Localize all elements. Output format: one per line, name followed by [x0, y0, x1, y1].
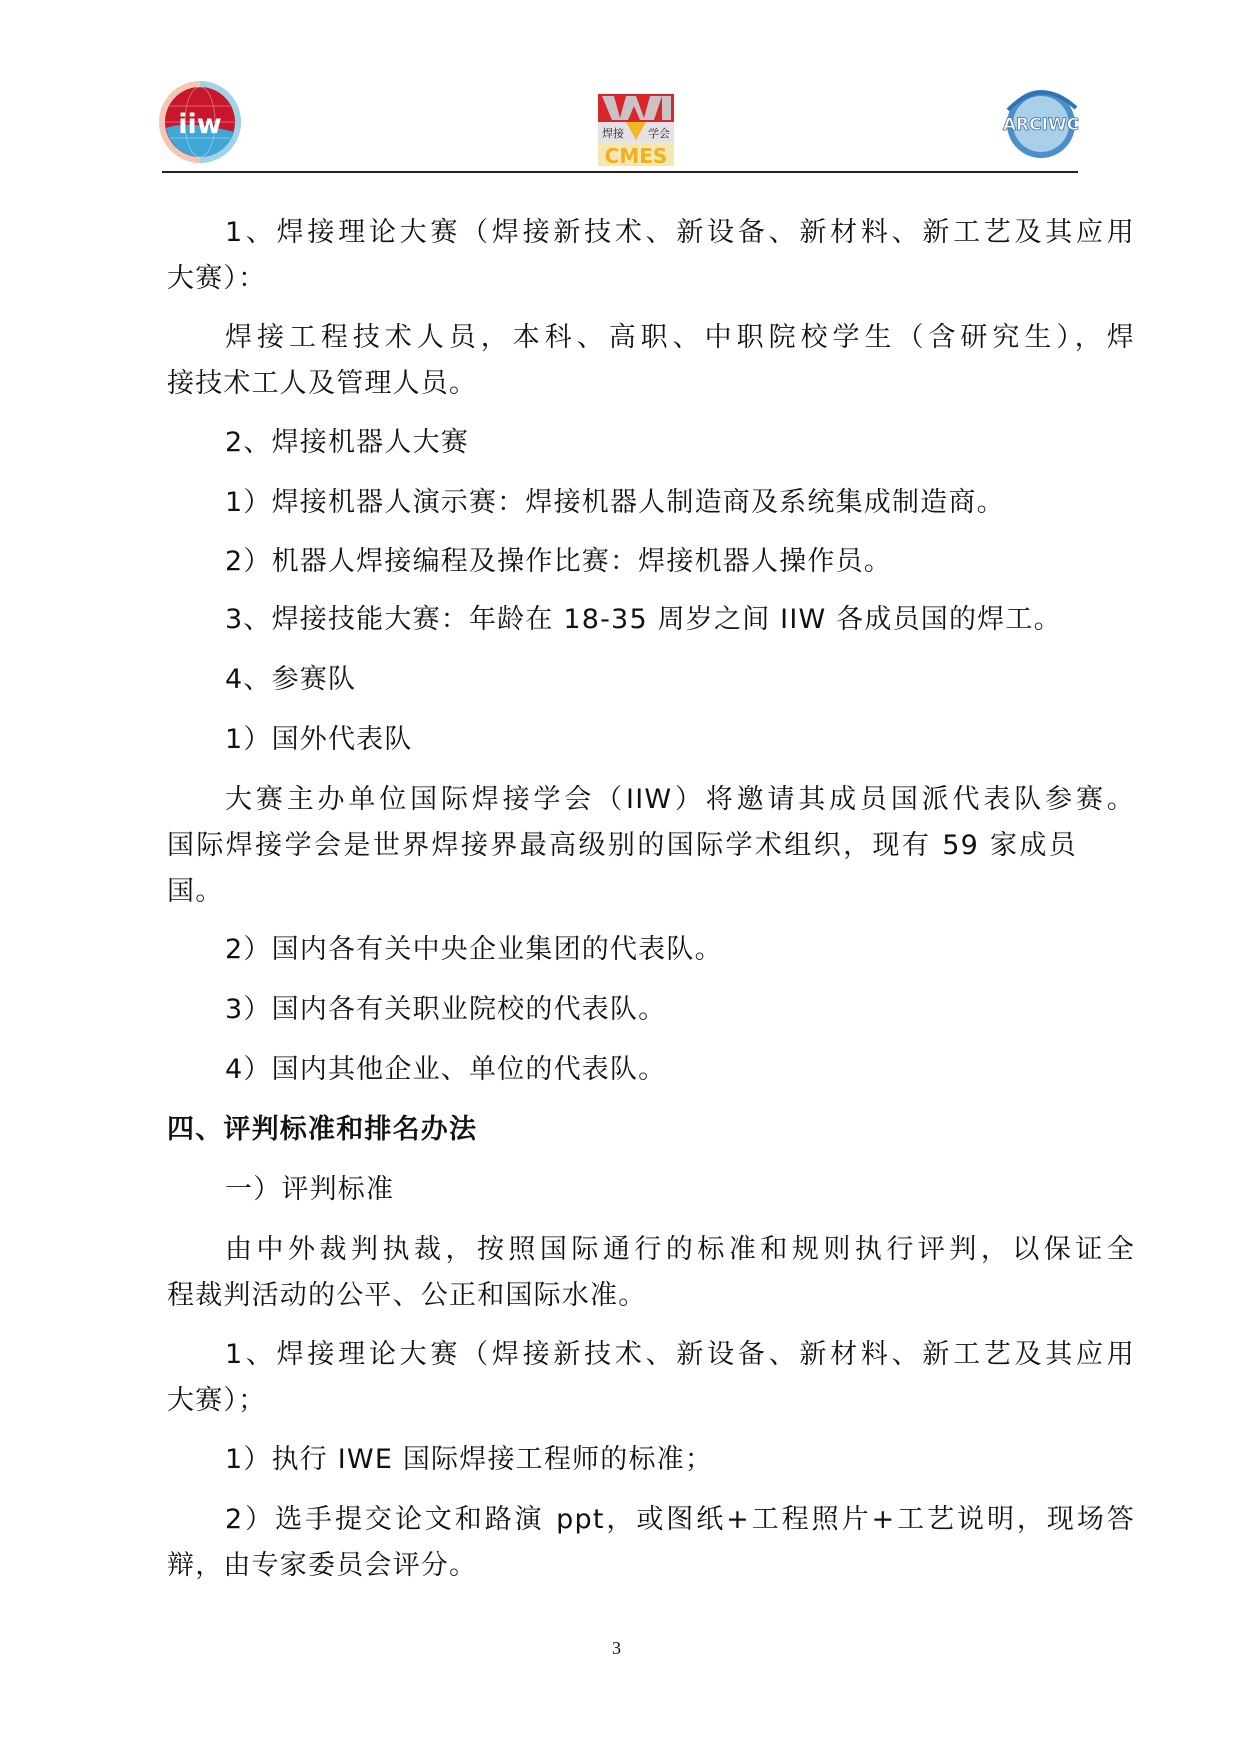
paragraph-line: 大赛）： [167, 262, 1077, 296]
paragraph-line: 大赛主办单位国际焊接学会（IIW）将邀请其成员国派代表队参赛。 [225, 783, 1135, 817]
svg-text:学会: 学会 [648, 126, 670, 140]
arciwc-logo: ARCIWC [998, 82, 1084, 162]
paragraph-line: 1、焊接理论大赛（焊接新技术、新设备、新材料、新工艺及其应用 [225, 1338, 1135, 1372]
paragraph-line: 焊接工程技术人员，本科、高职、中职院校学生（含研究生），焊 [225, 321, 1135, 355]
svg-text:ARCIWC: ARCIWC [1003, 115, 1079, 135]
list-item: 1）焊接机器人演示赛：焊接机器人制造商及系统集成制造商。 [225, 486, 1135, 520]
paragraph-line: 1、焊接理论大赛（焊接新技术、新设备、新材料、新工艺及其应用 [225, 216, 1135, 250]
list-item: 3）国内各有关职业院校的代表队。 [225, 993, 1135, 1027]
iiw-logo: iiw [158, 80, 242, 164]
item-heading: 4、参赛队 [225, 663, 1135, 697]
svg-text:CMES: CMES [605, 144, 668, 166]
paragraph-line: 国际焊接学会是世界焊接界最高级别的国际学术组织，现有 59 家成员 [167, 829, 1077, 863]
item-heading: 2、焊接机器人大赛 [225, 426, 1135, 460]
paragraph-line: 大赛）； [167, 1384, 1077, 1418]
document-page: iiw 焊接 学会 CMES ARCIWC 1、焊接理论大赛（焊接新技术、新设备… [0, 0, 1240, 1754]
subsection-heading: 一）评判标准 [225, 1173, 1135, 1207]
list-item: 1）执行 IWE 国际焊接工程师的标准； [225, 1443, 1135, 1477]
paragraph-line: 由中外裁判执裁，按照国际通行的标准和规则执行评判，以保证全 [225, 1233, 1135, 1267]
section-heading: 四、评判标准和排名办法 [167, 1113, 1077, 1147]
list-item: 1）国外代表队 [225, 723, 1135, 757]
item-heading: 3、焊接技能大赛：年龄在 18-35 周岁之间 IIW 各成员国的焊工。 [225, 603, 1135, 637]
paragraph-line: 2）选手提交论文和路演 ppt，或图纸+工程照片+工艺说明，现场答 [225, 1503, 1135, 1537]
paragraph-line: 辩，由专家委员会评分。 [167, 1549, 1077, 1583]
paragraph-line: 程裁判活动的公平、公正和国际水准。 [167, 1279, 1077, 1313]
list-item: 2）机器人焊接编程及操作比赛：焊接机器人操作员。 [225, 545, 1135, 579]
header-divider [162, 171, 1078, 173]
svg-text:iiw: iiw [178, 109, 221, 140]
page-number: 3 [612, 1638, 621, 1659]
cmes-logo: 焊接 学会 CMES [598, 94, 674, 166]
paragraph-line: 接技术工人及管理人员。 [167, 367, 1077, 401]
paragraph-line: 国。 [167, 875, 1077, 909]
list-item: 2）国内各有关中央企业集团的代表队。 [225, 933, 1135, 967]
list-item: 4）国内其他企业、单位的代表队。 [225, 1053, 1135, 1087]
svg-text:焊接: 焊接 [602, 126, 624, 140]
